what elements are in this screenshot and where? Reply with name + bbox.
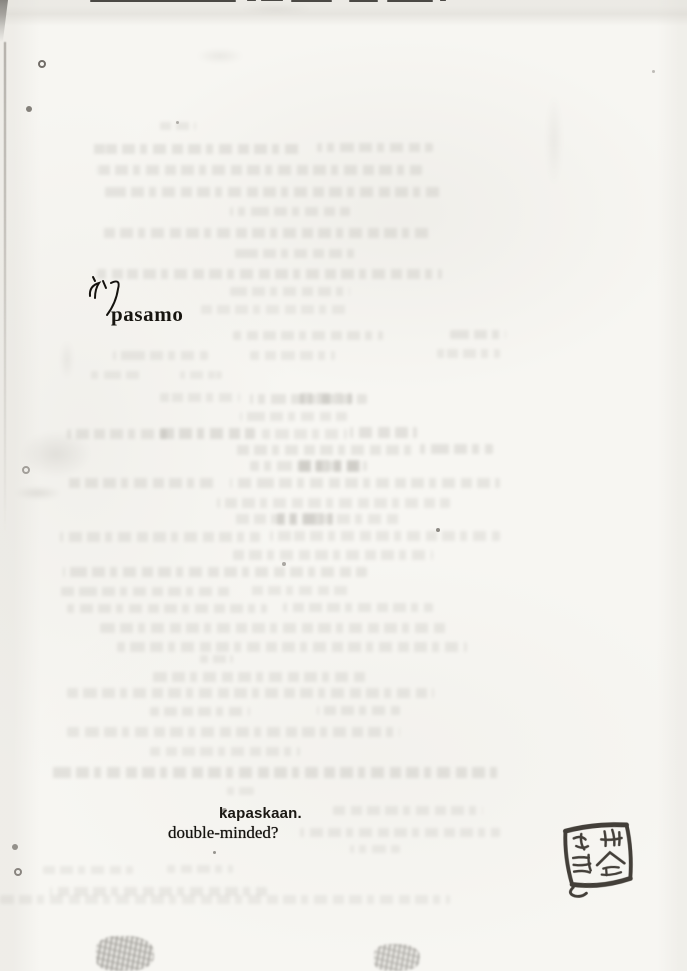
faded-text-line bbox=[317, 143, 433, 152]
pencil-smudge bbox=[374, 944, 420, 971]
faded-text-line bbox=[60, 532, 260, 542]
faded-text-line bbox=[450, 330, 506, 339]
faded-text-line bbox=[180, 371, 222, 379]
faded-text-line bbox=[200, 305, 350, 314]
faded-text-line bbox=[283, 603, 433, 612]
faded-text-line bbox=[230, 207, 350, 216]
faded-text-line bbox=[67, 688, 434, 698]
faded-text-line bbox=[250, 586, 350, 595]
faint-smudge bbox=[60, 340, 74, 380]
caption-word: kapaskaan. bbox=[219, 805, 302, 822]
faded-text-line bbox=[230, 287, 350, 296]
faded-text-line bbox=[0, 895, 450, 904]
ink-speck bbox=[436, 528, 440, 532]
faded-text-line bbox=[43, 866, 133, 874]
ink-speck bbox=[176, 121, 179, 124]
faded-text-line bbox=[97, 165, 422, 175]
ink-speck bbox=[213, 851, 216, 854]
faded-text-line bbox=[63, 567, 367, 577]
faint-smudge bbox=[196, 48, 244, 64]
ink-speck bbox=[12, 844, 18, 850]
faded-text-line bbox=[317, 706, 400, 715]
faded-text-line bbox=[230, 478, 500, 488]
faded-text-line bbox=[300, 393, 352, 404]
faded-text-line bbox=[333, 806, 483, 815]
faded-text-line bbox=[437, 349, 500, 358]
faded-text-line bbox=[233, 550, 433, 560]
ink-speck bbox=[652, 70, 655, 73]
faded-text-line bbox=[233, 445, 413, 455]
faded-text-line bbox=[250, 351, 335, 360]
faint-smudge bbox=[545, 93, 563, 188]
faded-text-line bbox=[93, 144, 303, 154]
faded-text-line bbox=[117, 642, 467, 652]
faint-smudge bbox=[240, 4, 312, 14]
faded-text-line bbox=[97, 269, 442, 279]
faded-text-line bbox=[233, 331, 383, 340]
faded-text-line bbox=[150, 672, 367, 682]
faded-text-line bbox=[67, 727, 400, 737]
scanned-page: pasamo kapaskaan. double-minded? bbox=[0, 0, 687, 971]
faded-text-line bbox=[100, 228, 430, 238]
faded-text-line bbox=[200, 655, 233, 663]
faint-smudge bbox=[20, 430, 92, 478]
punch-hole-mark bbox=[14, 868, 22, 876]
faded-text-line bbox=[100, 187, 440, 197]
faded-text-line bbox=[270, 531, 500, 541]
faded-text-line bbox=[277, 513, 333, 525]
faded-text-line bbox=[60, 587, 233, 596]
ink-stamp-seal-icon bbox=[557, 816, 641, 911]
faded-text-line bbox=[420, 444, 493, 454]
faded-text-line bbox=[100, 623, 450, 633]
faded-text-line bbox=[150, 747, 300, 756]
faded-text-line bbox=[240, 412, 347, 421]
faded-text-line bbox=[160, 393, 240, 402]
ink-speck bbox=[282, 562, 286, 566]
faded-text-line bbox=[113, 351, 208, 360]
faded-text-line bbox=[67, 478, 217, 488]
faded-text-line bbox=[50, 767, 500, 778]
faded-text-line bbox=[350, 845, 400, 853]
faint-smudge bbox=[14, 486, 62, 500]
faded-text-line bbox=[227, 787, 254, 795]
ink-speck bbox=[26, 106, 32, 112]
faded-text-line bbox=[87, 371, 140, 379]
faded-text-line bbox=[293, 460, 360, 472]
faded-text-line bbox=[160, 428, 255, 439]
punch-hole-mark bbox=[38, 60, 46, 68]
faded-text-line bbox=[300, 828, 500, 837]
entry-word: pasamo bbox=[111, 302, 183, 327]
faded-text-line bbox=[262, 429, 347, 439]
faded-text-line bbox=[167, 865, 233, 873]
faded-text-line bbox=[67, 604, 267, 613]
faded-text-line bbox=[150, 707, 250, 716]
faded-text-line bbox=[350, 427, 417, 438]
faded-text-line bbox=[217, 498, 450, 508]
caption-gloss: double-minded? bbox=[168, 823, 278, 843]
pencil-smudge bbox=[96, 936, 154, 971]
faded-text-line bbox=[230, 249, 355, 258]
